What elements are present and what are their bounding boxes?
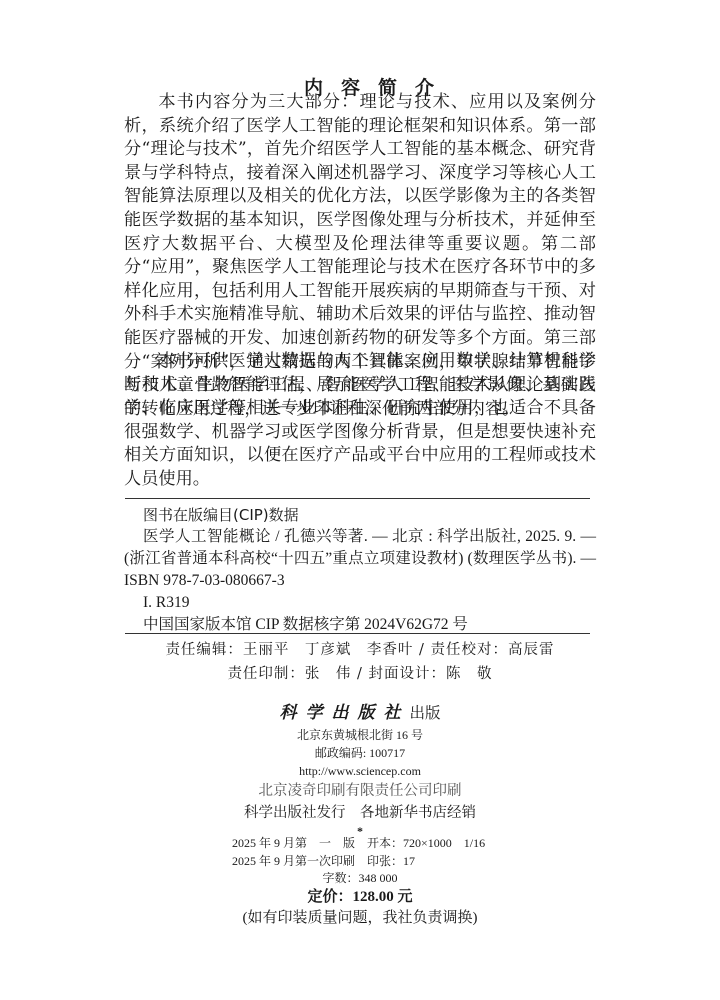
summary-paragraph-2: 本书可供医学大数据与人工智能、应用数学、计算机科学与技术、生物医学工程、智能医学…	[124, 350, 596, 492]
staff-editors: 责任编辑：王丽平 丁彦斌 李香叶 / 责任校对：高辰雷	[0, 638, 720, 662]
cip-record: 医学人工智能概论 / 孔德兴等著. — 北京 : 科学出版社, 2025. 9.…	[124, 526, 596, 592]
cip-block: 图书在版编目(CIP)数据 医学人工智能概论 / 孔德兴等著. — 北京 : 科…	[124, 504, 596, 636]
imprint-edition: 2025 年 9 月第 一 版 开本：720×1000 1/16	[232, 834, 485, 852]
publisher-postcode: 邮政编码: 100717	[0, 744, 720, 762]
cip-top-rule	[125, 498, 590, 499]
publisher-block: 科学出版社出版 北京东黄城根北街 16 号 邮政编码: 100717 http:…	[0, 700, 720, 838]
distribution: 科学出版社发行 各地新华书店经销	[0, 802, 720, 824]
cip-classification: I. R319	[124, 592, 596, 614]
publisher-url: http://www.sciencep.com	[0, 762, 720, 780]
staff-production: 责任印制：张 伟 / 封面设计：陈 敬	[0, 662, 720, 686]
publisher-logo: 科学出版社	[279, 703, 409, 723]
printer: 北京凌奇印刷有限责任公司印刷	[0, 780, 720, 802]
staff-credits: 责任编辑：王丽平 丁彦斌 李香叶 / 责任校对：高辰雷 责任印制：张 伟 / 封…	[0, 638, 720, 686]
cip-bottom-rule	[125, 633, 590, 634]
cip-heading: 图书在版编目(CIP)数据	[124, 504, 596, 526]
quality-notice: (如有印装质量问题，我社负责调换)	[0, 906, 720, 927]
imprint-printing: 2025 年 9 月第一次印刷 印张：17	[232, 852, 415, 870]
summary-paragraph-text: 本书可供医学大数据与人工智能、应用数学、计算机科学与技术、生物医学工程、智能医学…	[124, 350, 596, 492]
publisher-suffix: 出版	[409, 704, 440, 722]
price: 定价：128.00 元	[0, 885, 720, 906]
publisher-address: 北京东黄城根北街 16 号	[0, 726, 720, 744]
